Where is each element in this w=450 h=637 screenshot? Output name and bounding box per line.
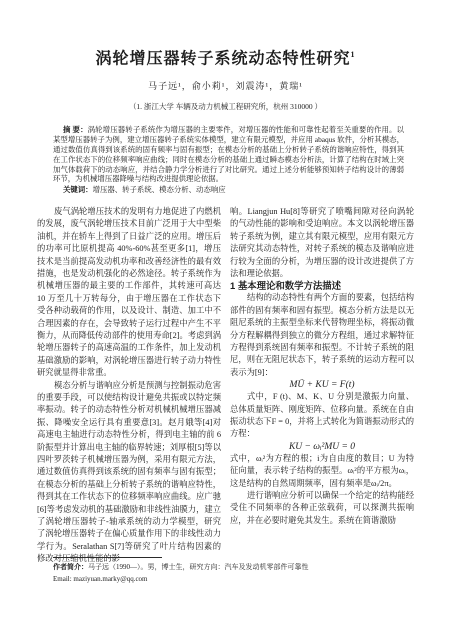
title-text: 涡轮增压器转子系统动态特性研究 bbox=[95, 50, 350, 67]
authors-line: 马子远¹，俞小莉¹，刘震涛¹，黄瑞¹ bbox=[37, 79, 414, 92]
affiliation-line: （1. 浙江大学 车辆及动力机械工程研究所，杭州 310000 ） bbox=[37, 101, 414, 112]
author-bio-text: 马子远（1990—）。男，博士生，研究方向：汽车及发动机零部件可靠性 bbox=[88, 563, 309, 571]
theory-paragraph-2: 式中，F (t)、M、K、U 分别是激振力向量、总体质量矩阵、刚度矩阵、位移向量… bbox=[230, 391, 414, 441]
keywords-text: 增压器、转子系统、模态分析、动态响应 bbox=[93, 185, 226, 194]
abstract-text: 涡轮增压器转子系统作为增压器的主要零件，对增压器的性能和可靠性起着至关重要的作用… bbox=[53, 125, 404, 183]
keywords-label: 关键词： bbox=[63, 185, 93, 194]
right-column: 响。Liangjun Hu[8]等研究了喷嘴间隙对径向涡轮的气动性能的影响和受迫… bbox=[230, 206, 414, 566]
abstract-label: 摘 要： bbox=[63, 125, 88, 134]
theory-paragraph-1: 结构的动态特性有两个方面的要素，包括结构部件的固有频率和固有振型。模态分析方法是… bbox=[230, 292, 414, 379]
paper-page: 涡轮增压器转子系统动态特性研究1 马子远¹，俞小莉¹，刘震涛¹，黄瑞¹ （1. … bbox=[0, 0, 450, 637]
theory-paragraph-4: 进行谐响应分析可以确保一个给定的结构能经受住不同频率的各种正弦载荷，可以探测共振… bbox=[230, 490, 414, 527]
author-bio-label: 作者简介： bbox=[53, 563, 88, 571]
author-bio-line: 作者简介：马子远（1990—）。男，博士生，研究方向：汽车及发动机零部件可靠性 bbox=[53, 562, 383, 573]
author-email-line: Email: maziyuan.marky@qq.com bbox=[53, 574, 383, 585]
two-column-body: 废气涡轮增压技术的发明有力地促进了内燃机的发展，废气涡轮增压技术目前广泛用于大中… bbox=[37, 206, 414, 566]
author-bio-footnote: 作者简介：马子远（1990—）。男，博士生，研究方向：汽车及发动机零部件可靠性 … bbox=[53, 557, 383, 584]
equation-motion: MÜ + KU = F(t) bbox=[230, 379, 414, 391]
intro-paragraph-2: 模态分析与谐响应分析是预测与控制振动危害的重要手段，可以使结构设计避免共振或以特… bbox=[37, 380, 221, 566]
footnote-divider bbox=[53, 557, 162, 558]
intro-paragraph-2-continued: 响。Liangjun Hu[8]等研究了喷嘴间隙对径向涡轮的气动性能的影响和受迫… bbox=[230, 206, 414, 280]
keywords-line: 关键词：增压器、转子系统、模态分析、动态响应 bbox=[53, 185, 404, 195]
theory-paragraph-3: 式中，ωᵢ²为方程的根；i为自由度的数目；U 为特征向量，表示转子结构的振型。ω… bbox=[230, 453, 414, 490]
intro-paragraph-1: 废气涡轮增压技术的发明有力地促进了内燃机的发展，废气涡轮增压技术目前广泛用于大中… bbox=[37, 206, 221, 380]
abstract-paragraph: 摘 要：涡轮增压器转子系统作为增压器的主要零件，对增压器的性能和可靠性起着至关重… bbox=[53, 125, 404, 184]
page-title: 涡轮增压器转子系统动态特性研究1 bbox=[37, 46, 414, 68]
equation-harmonic: KU − ωᵢ²MU = 0 bbox=[230, 441, 414, 453]
title-footnote-marker: 1 bbox=[351, 50, 356, 59]
section-1-heading: 1 基本理论和数学方法描述 bbox=[230, 280, 414, 292]
left-column: 废气涡轮增压技术的发明有力地促进了内燃机的发展，废气涡轮增压技术目前广泛用于大中… bbox=[37, 206, 221, 566]
